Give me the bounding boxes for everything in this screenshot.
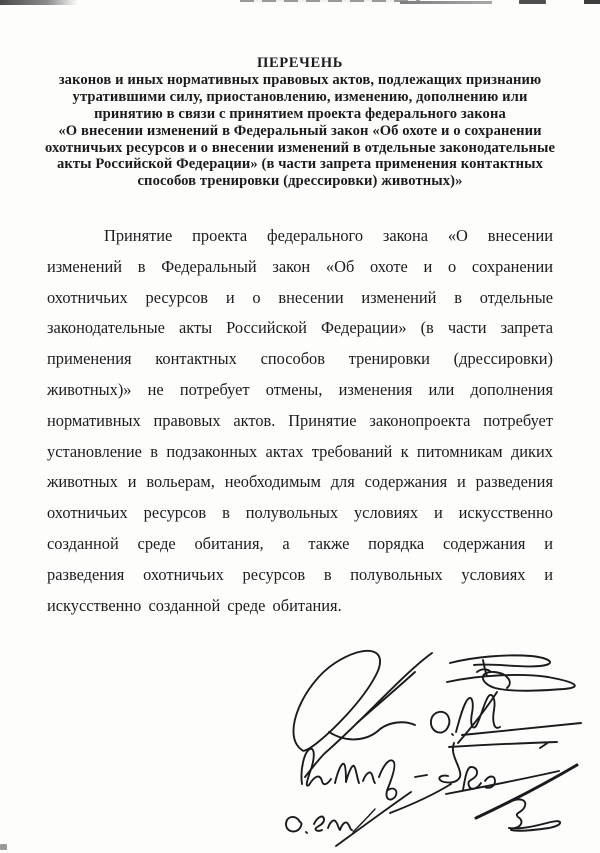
heading-line: утратившими силу, приостановлению, измен… bbox=[0, 89, 600, 106]
signature-5 bbox=[446, 771, 559, 794]
heading-line: принятию в связи с принятием проекта фед… bbox=[0, 106, 600, 123]
signature-6 bbox=[328, 820, 352, 830]
signature-4 bbox=[363, 772, 375, 783]
signature-7 bbox=[508, 799, 525, 828]
signature-5 bbox=[439, 743, 460, 783]
scan-artifact-top-right-line bbox=[400, 1, 492, 4]
signature-4 bbox=[415, 775, 427, 777]
signature-5 bbox=[476, 765, 577, 818]
heading-line: законов и иных нормативных правовых акто… bbox=[0, 72, 600, 89]
heading-line: способов тренировки (дрессировки) животн… bbox=[0, 173, 600, 190]
heading-line: акты Российской Федерации» (в части запр… bbox=[0, 156, 600, 173]
signature-2 bbox=[450, 655, 550, 666]
document-title: ПЕРЕЧЕНЬ bbox=[0, 55, 600, 72]
signature-3 bbox=[456, 695, 500, 732]
signature-1 bbox=[357, 672, 415, 723]
signature-6 bbox=[286, 817, 302, 832]
signature-3 bbox=[452, 734, 453, 735]
scan-artifact-top-dash bbox=[519, 0, 546, 4]
signature-5 bbox=[463, 767, 495, 790]
signature-3 bbox=[449, 742, 557, 748]
scan-artifact-top-middle bbox=[240, 0, 420, 2]
heading-line: охотничьих ресурсов и о внесении изменен… bbox=[0, 140, 600, 157]
heading-line: «О внесении изменений в Федеральный зако… bbox=[0, 123, 600, 140]
signatures-block bbox=[278, 631, 600, 853]
document-page: ПЕРЕЧЕНЬ законов и иных нормативных прав… bbox=[0, 0, 600, 853]
signature-6 bbox=[306, 832, 307, 833]
scan-artifact-bottom-left bbox=[0, 844, 7, 850]
scan-artifact-top-left bbox=[0, 0, 78, 5]
signature-6 bbox=[314, 817, 324, 831]
signature-3 bbox=[462, 723, 581, 735]
body-paragraph: Принятие проекта федерального закона «О … bbox=[47, 221, 553, 621]
signature-4 bbox=[379, 760, 396, 799]
signature-7 bbox=[509, 821, 560, 831]
signature-3 bbox=[431, 712, 449, 733]
signature-6 bbox=[336, 792, 411, 846]
scan-artifact-top-corner bbox=[584, 0, 600, 4]
document-heading: ПЕРЕЧЕНЬ законов и иных нормативных прав… bbox=[0, 55, 600, 190]
signature-5 bbox=[390, 784, 451, 813]
signature-4 bbox=[335, 764, 359, 783]
signature-4 bbox=[301, 749, 331, 786]
signature-2 bbox=[447, 672, 575, 691]
